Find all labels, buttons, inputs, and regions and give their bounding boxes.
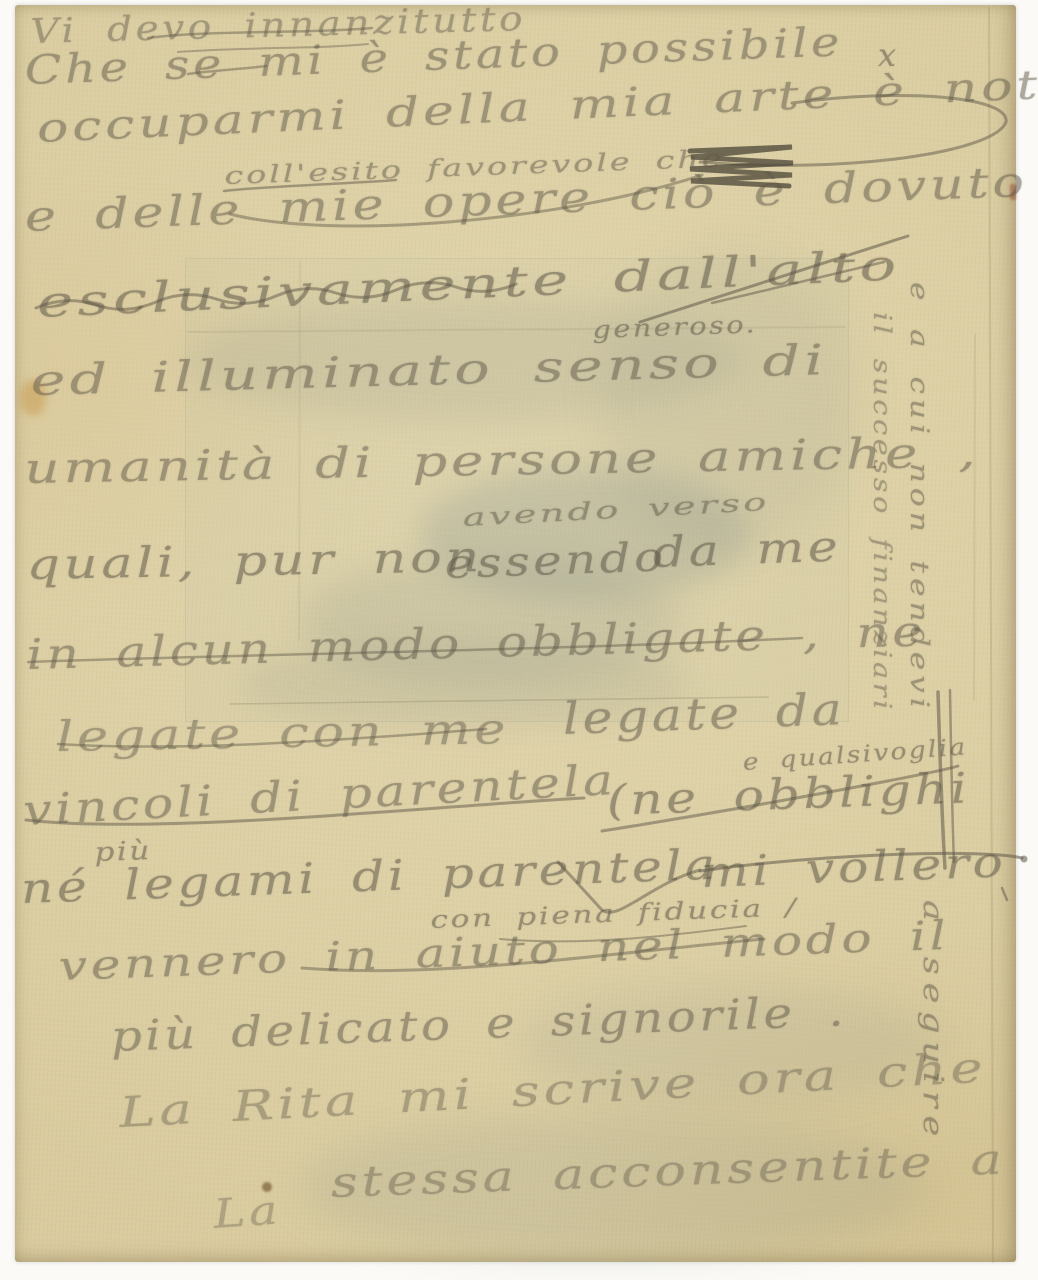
scanned-manuscript-page: Vi devo innanzitutto Che se mi è stato p… bbox=[0, 0, 1038, 1280]
margin-note: il successo finanziari bbox=[868, 312, 896, 713]
manuscript-line: legate da bbox=[562, 684, 846, 745]
margin-note: a seguire bbox=[917, 900, 948, 1144]
manuscript-line: La bbox=[212, 1187, 283, 1238]
manuscript-line: da me bbox=[652, 521, 842, 577]
margin-note: e a cui non tendevi bbox=[905, 282, 934, 713]
manuscript-line: quali, pur non bbox=[26, 532, 483, 589]
struck-line: legate con me bbox=[56, 704, 510, 761]
struck-word: essendo bbox=[444, 534, 667, 588]
stroke-end-dot bbox=[1021, 856, 1028, 863]
